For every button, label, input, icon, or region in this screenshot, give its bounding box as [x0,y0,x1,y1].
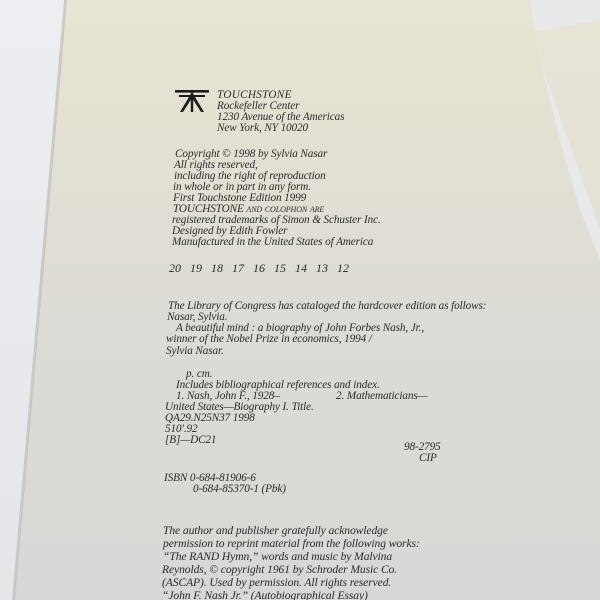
cip-label: CIP [419,452,437,464]
isbn-line: 0-684-85370-1 (Pbk) [193,483,286,495]
acknowledgment-line: permission to reprint material from the … [163,538,420,550]
page-content: TOUCHSTONE Rockefeller Center 1230 Avenu… [0,0,600,600]
acknowledgment-line: The author and publisher gratefully ackn… [163,525,388,537]
touchstone-logo-icon [175,89,209,113]
acknowledgment-line: (ASCAP). Used by permission. All rights … [162,577,391,589]
cip-dewey-suffix: [B]—DC21 [165,434,216,446]
cip-title: winner of the Nobel Prize in economics, … [166,333,372,345]
cip-statement: Sylvia Nasar. [166,345,224,357]
printing-numbers: 20 19 18 17 16 15 14 13 12 [169,261,349,276]
cip-subjects: 2. Mathematicians— [336,390,427,402]
acknowledgment-line: “John F. Nash Jr.” (Autobiographical Ess… [162,590,368,600]
acknowledgment-line: “The RAND Hymn,” words and music by Malv… [163,551,392,563]
address-line: New York, NY 10020 [217,122,308,134]
acknowledgment-line: Reynolds, © copyright 1961 by Schroder M… [162,564,397,576]
copyright-line: Manufactured in the United States of Ame… [172,236,373,248]
